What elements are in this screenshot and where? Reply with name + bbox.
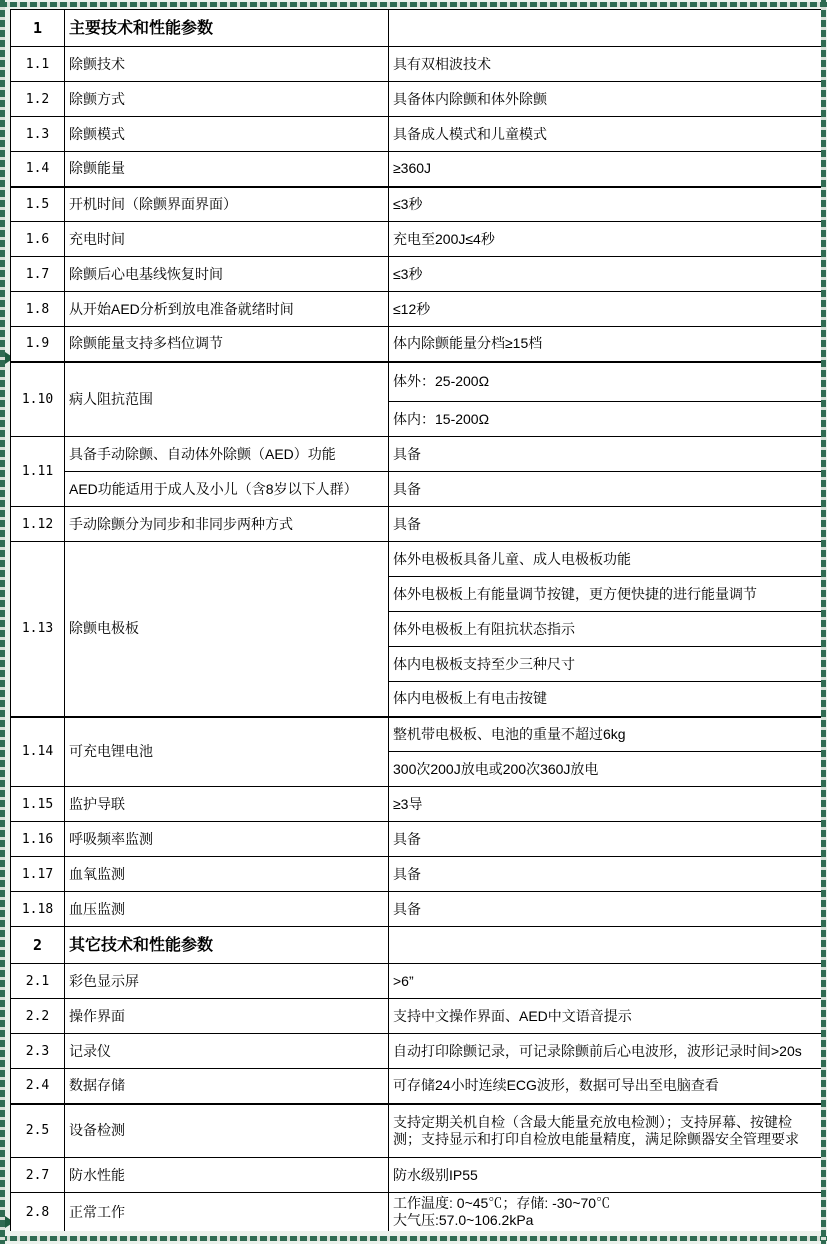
value-cell: 支持中文操作界面、AED中文语音提示: [389, 999, 822, 1034]
value-cell: ≤12秒: [389, 292, 822, 327]
row-id-cell: 1.10: [11, 362, 65, 437]
table-row: 1.18血压监测具备: [11, 892, 822, 927]
param-cell: 除颤技术: [65, 47, 389, 82]
param-cell: 防水性能: [65, 1158, 389, 1193]
table-row: 1主要技术和性能参数: [11, 10, 822, 47]
param-cell: 除颤模式: [65, 117, 389, 152]
value-cell: 防水级别IP55: [389, 1158, 822, 1193]
table-row: 2其它技术和性能参数: [11, 927, 822, 964]
row-id-cell: 1.3: [11, 117, 65, 152]
value-cell: 体内除颤能量分档≥15档: [389, 327, 822, 362]
table-row: 2.2操作界面支持中文操作界面、AED中文语音提示: [11, 999, 822, 1034]
page-break-dash-left: [0, 0, 5, 1244]
page-break-dash-top: [0, 2, 827, 7]
table-row: 1.6充电时间充电至200J≤4秒: [11, 222, 822, 257]
row-id-cell: 2.8: [11, 1193, 65, 1232]
page-break-dash-bottom: [0, 1236, 827, 1241]
row-id-cell: 2.7: [11, 1158, 65, 1193]
table-row: 1.4除颤能量≥360J: [11, 152, 822, 187]
param-cell: 彩色显示屏: [65, 964, 389, 999]
table-row: 1.11具备手动除颤、自动体外除颤（AED）功能具备: [11, 437, 822, 472]
param-cell: 病人阻抗范围: [65, 362, 389, 437]
table-row: 2.3记录仪自动打印除颤记录，可记录除颤前后心电波形，波形记录时间>20s: [11, 1034, 822, 1069]
row-id-cell: 2.1: [11, 964, 65, 999]
value-cell: ≤3秒: [389, 257, 822, 292]
table-row: 1.7除颤后心电基线恢复时间≤3秒: [11, 257, 822, 292]
param-cell: 手动除颤分为同步和非同步两种方式: [65, 507, 389, 542]
page-break-dash-right: [821, 0, 826, 1244]
value-cell: ≥3导: [389, 787, 822, 822]
table-row: AED功能适用于成人及小儿（含8岁以下人群）具备: [11, 472, 822, 507]
value-cell: 自动打印除颤记录，可记录除颤前后心电波形，波形记录时间>20s: [389, 1034, 822, 1069]
value-cell: 体外电极板具备儿童、成人电极板功能: [389, 542, 822, 577]
value-cell: 体内：15-200Ω: [389, 402, 822, 437]
table-row: 1.13除颤电极板体外电极板具备儿童、成人电极板功能: [11, 542, 822, 577]
row-id-cell: 1.6: [11, 222, 65, 257]
row-id-cell: 1.1: [11, 47, 65, 82]
value-cell: 具备: [389, 437, 822, 472]
value-cell: ≥360J: [389, 152, 822, 187]
table-row: 1.14可充电锂电池整机带电极板、电池的重量不超过6kg: [11, 717, 822, 752]
param-cell: 操作界面: [65, 999, 389, 1034]
table-row: 2.5设备检测支持定期关机自检（含最大能量充放电检测）；支持屏幕、按键检测；支持…: [11, 1104, 822, 1158]
param-cell: 除颤后心电基线恢复时间: [65, 257, 389, 292]
table-row: 2.7防水性能防水级别IP55: [11, 1158, 822, 1193]
row-id-cell: 1.5: [11, 187, 65, 222]
row-id-cell: 1.2: [11, 82, 65, 117]
spec-table-body: 1主要技术和性能参数1.1除颤技术具有双相波技术1.2除颤方式具备体内除颤和体外…: [11, 10, 822, 1232]
table-row: 1.1除颤技术具有双相波技术: [11, 47, 822, 82]
row-id-cell: 2.5: [11, 1104, 65, 1158]
table-row: 1.10病人阻抗范围体外：25-200Ω: [11, 362, 822, 402]
spec-table: 1主要技术和性能参数1.1除颤技术具有双相波技术1.2除颤方式具备体内除颤和体外…: [10, 9, 821, 1231]
param-cell: 血压监测: [65, 892, 389, 927]
table-row: 1.3除颤模式具备成人模式和儿童模式: [11, 117, 822, 152]
param-cell: 除颤能量: [65, 152, 389, 187]
param-cell: 开机时间（除颤界面界面）: [65, 187, 389, 222]
table-row: 2.8正常工作工作温度: 0~45℃；存储: -30~70℃ 大气压:57.0~…: [11, 1193, 822, 1232]
document-page: { "colors":{ "page_bg":"#ecf1ec", "dash_…: [0, 0, 827, 1244]
row-id-cell: 2.2: [11, 999, 65, 1034]
param-cell: 呼吸频率监测: [65, 822, 389, 857]
row-id-cell: 1.7: [11, 257, 65, 292]
value-cell: 具备: [389, 822, 822, 857]
row-id-cell: 2.3: [11, 1034, 65, 1069]
section-title-cell: 其它技术和性能参数: [65, 927, 389, 964]
value-cell: 整机带电极板、电池的重量不超过6kg: [389, 717, 822, 752]
param-cell: 血氧监测: [65, 857, 389, 892]
value-cell: 具备: [389, 472, 822, 507]
table-row: 1.12手动除颤分为同步和非同步两种方式具备: [11, 507, 822, 542]
table-row: 1.9除颤能量支持多档位调节体内除颤能量分档≥15档: [11, 327, 822, 362]
table-row: 2.1彩色显示屏>6”: [11, 964, 822, 999]
value-cell: 工作温度: 0~45℃；存储: -30~70℃ 大气压:57.0~106.2kP…: [389, 1193, 822, 1232]
param-cell: 监护导联: [65, 787, 389, 822]
value-cell: [389, 927, 822, 964]
param-cell: 可充电锂电池: [65, 717, 389, 787]
value-cell: 体内电极板上有电击按键: [389, 682, 822, 717]
value-cell: 充电至200J≤4秒: [389, 222, 822, 257]
row-id-cell: 1.9: [11, 327, 65, 362]
value-cell: 具备: [389, 892, 822, 927]
param-cell: 除颤电极板: [65, 542, 389, 717]
value-cell: 具备: [389, 857, 822, 892]
row-id-cell: 2: [11, 927, 65, 964]
section-title-cell: 主要技术和性能参数: [65, 10, 389, 47]
value-cell: ≤3秒: [389, 187, 822, 222]
value-cell: 体外电极板上有阻抗状态指示: [389, 612, 822, 647]
row-id-cell: 1.12: [11, 507, 65, 542]
row-id-cell: 1.8: [11, 292, 65, 327]
table-row: 1.17血氧监测具备: [11, 857, 822, 892]
value-cell: 体内电极板支持至少三种尺寸: [389, 647, 822, 682]
value-cell: [389, 10, 822, 47]
param-cell: 具备手动除颤、自动体外除颤（AED）功能: [65, 437, 389, 472]
row-id-cell: 1.18: [11, 892, 65, 927]
param-cell: 数据存储: [65, 1069, 389, 1104]
table-row: 1.16呼吸频率监测具备: [11, 822, 822, 857]
row-id-cell: 1.14: [11, 717, 65, 787]
table-row: 1.2除颤方式具备体内除颤和体外除颤: [11, 82, 822, 117]
param-cell: AED功能适用于成人及小儿（含8岁以下人群）: [65, 472, 389, 507]
param-cell: 从开始AED分析到放电准备就绪时间: [65, 292, 389, 327]
value-cell: 可存储24小时连续ECG波形，数据可导出至电脑查看: [389, 1069, 822, 1104]
value-cell: 300次200J放电或200次360J放电: [389, 752, 822, 787]
table-row: 1.15监护导联≥3导: [11, 787, 822, 822]
table-row: 1.5开机时间（除颤界面界面）≤3秒: [11, 187, 822, 222]
value-cell: 体外：25-200Ω: [389, 362, 822, 402]
value-cell: 具备成人模式和儿童模式: [389, 117, 822, 152]
table-row: 1.8从开始AED分析到放电准备就绪时间≤12秒: [11, 292, 822, 327]
value-cell: 具有双相波技术: [389, 47, 822, 82]
row-id-cell: 2.4: [11, 1069, 65, 1104]
table-row: 2.4数据存储可存储24小时连续ECG波形，数据可导出至电脑查看: [11, 1069, 822, 1104]
row-id-cell: 1: [11, 10, 65, 47]
param-cell: 记录仪: [65, 1034, 389, 1069]
row-id-cell: 1.17: [11, 857, 65, 892]
param-cell: 充电时间: [65, 222, 389, 257]
row-id-cell: 1.16: [11, 822, 65, 857]
value-cell: 体外电极板上有能量调节按键，更方便快捷的进行能量调节: [389, 577, 822, 612]
param-cell: 设备检测: [65, 1104, 389, 1158]
value-cell: 支持定期关机自检（含最大能量充放电检测）；支持屏幕、按键检测；支持显示和打印自检…: [389, 1104, 822, 1158]
param-cell: 除颤能量支持多档位调节: [65, 327, 389, 362]
param-cell: 正常工作: [65, 1193, 389, 1232]
param-cell: 除颤方式: [65, 82, 389, 117]
row-id-cell: 1.11: [11, 437, 65, 507]
row-id-cell: 1.4: [11, 152, 65, 187]
row-id-cell: 1.13: [11, 542, 65, 717]
value-cell: >6”: [389, 964, 822, 999]
value-cell: 具备: [389, 507, 822, 542]
value-cell: 具备体内除颤和体外除颤: [389, 82, 822, 117]
row-id-cell: 1.15: [11, 787, 65, 822]
